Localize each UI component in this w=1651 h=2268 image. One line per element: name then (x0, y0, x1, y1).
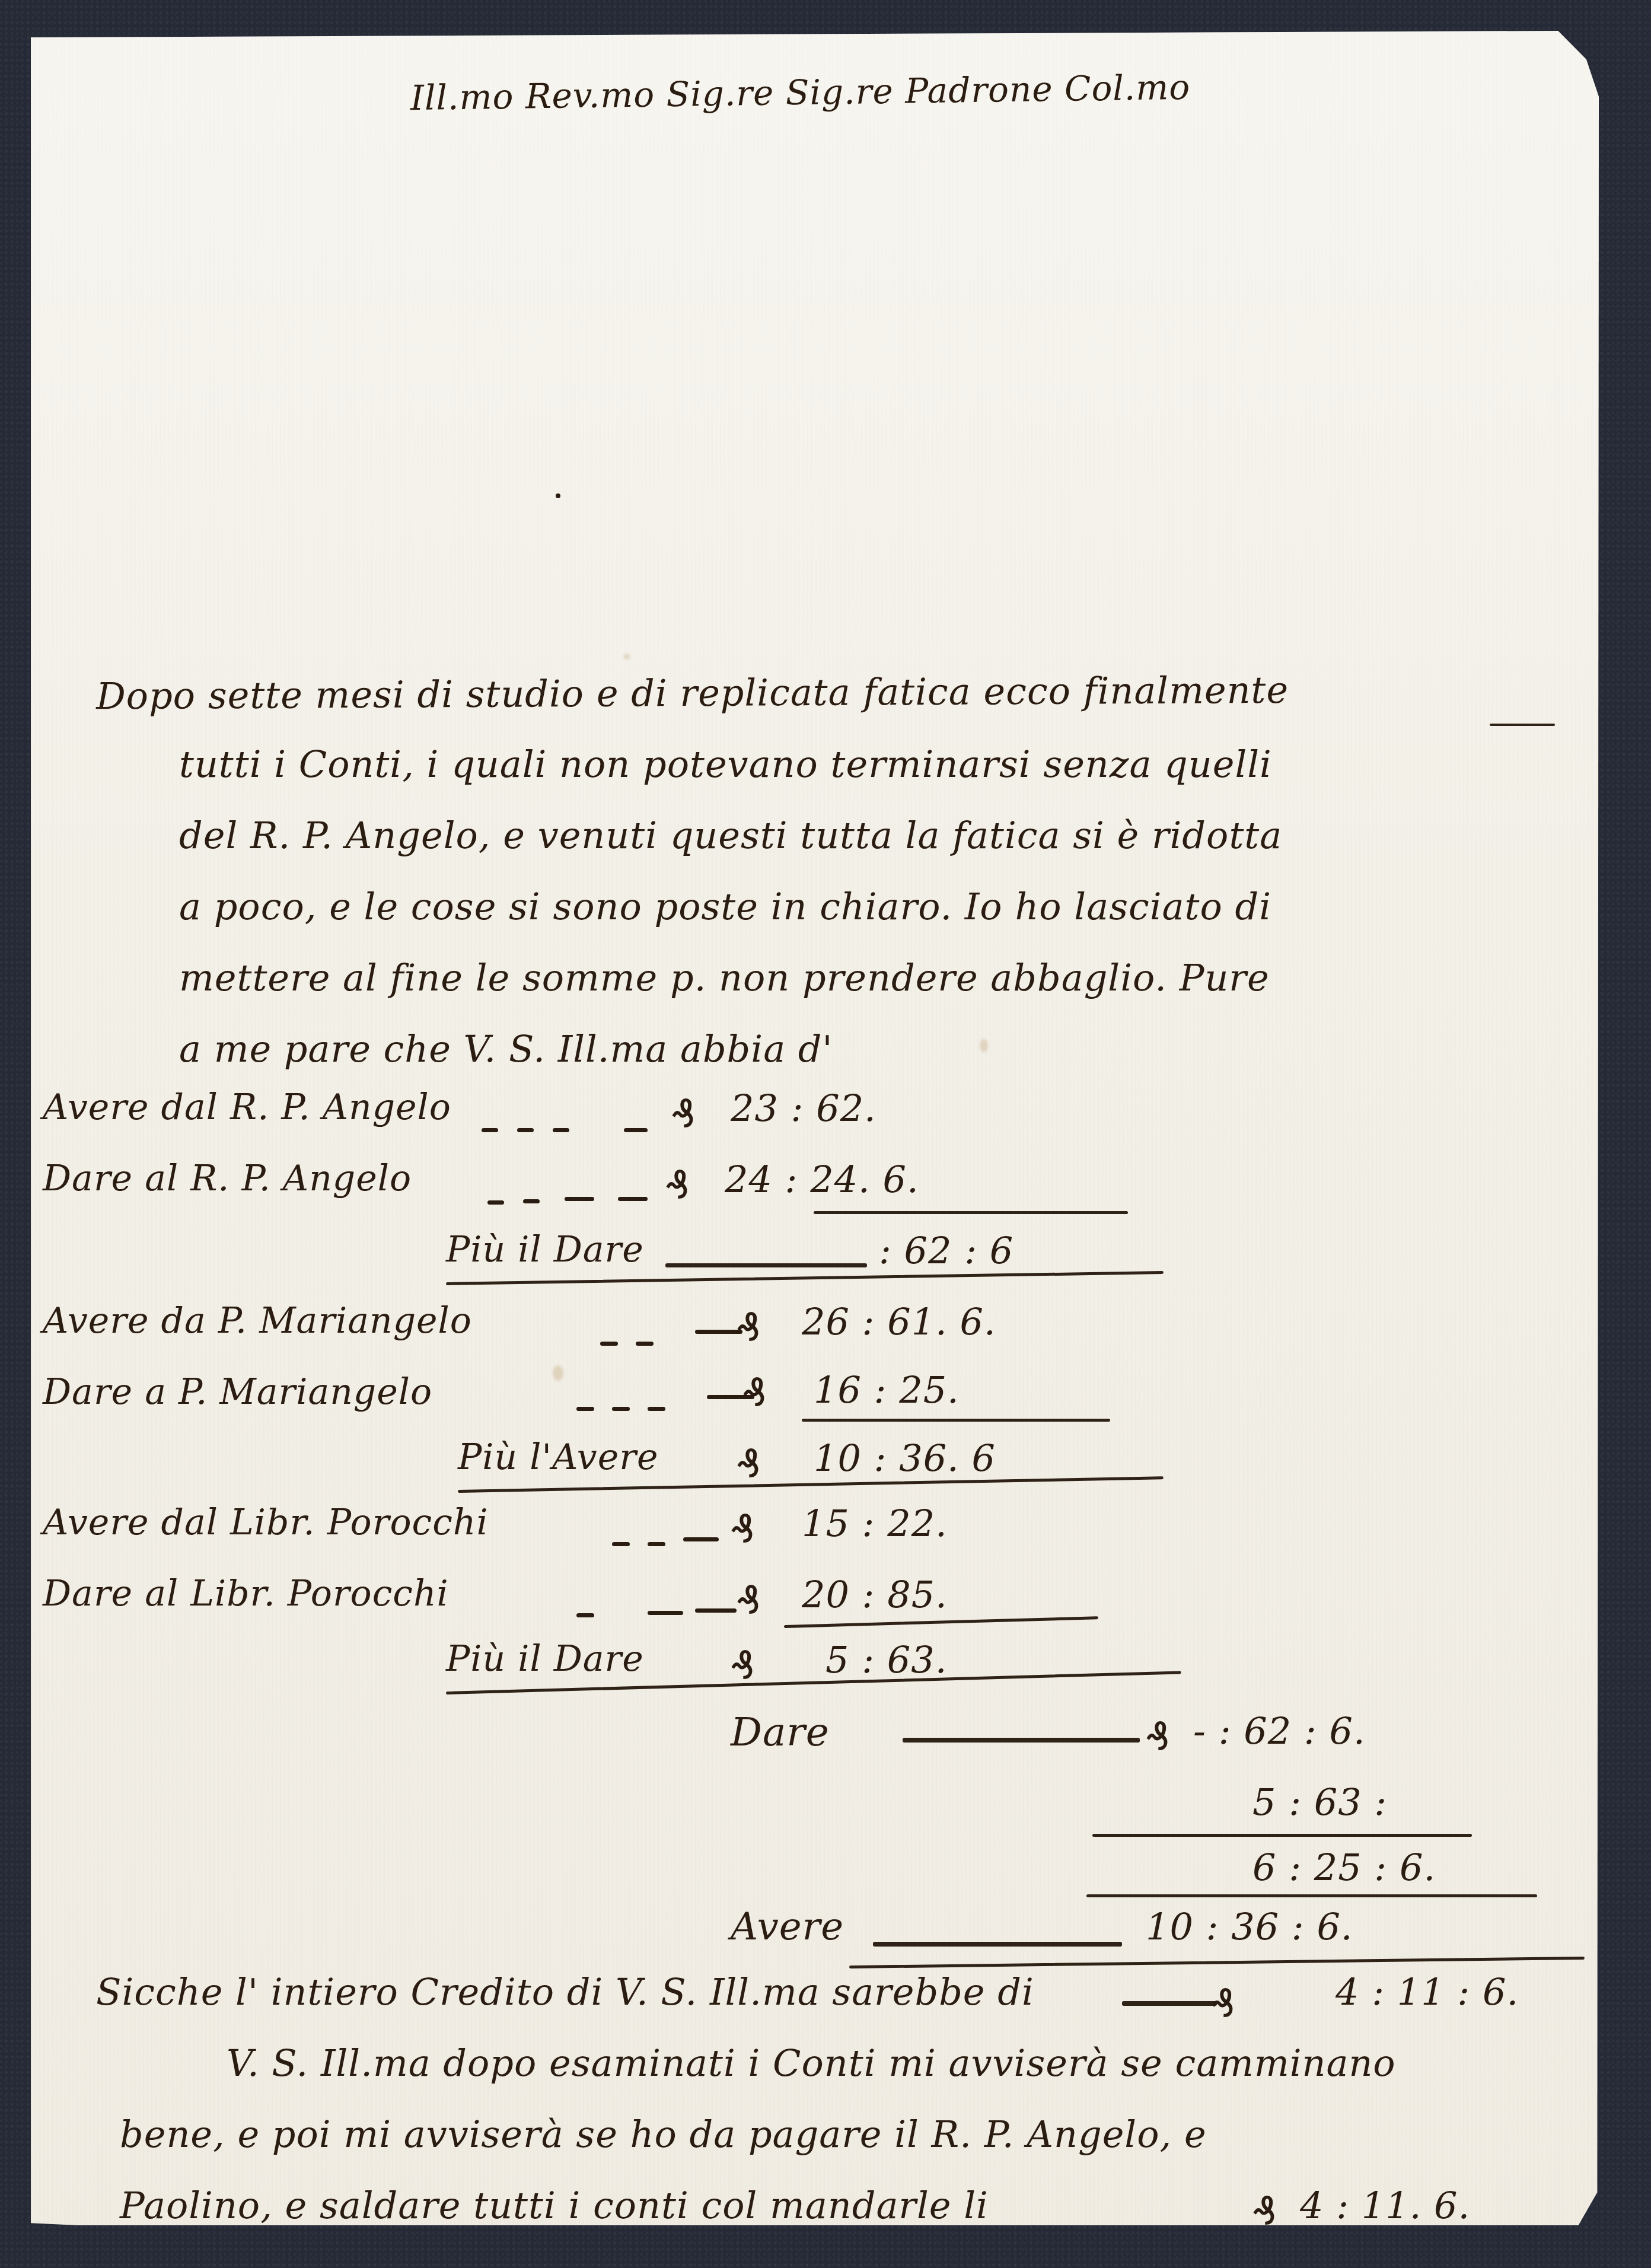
leader-dash (695, 1608, 737, 1613)
sum-underline (1092, 1834, 1472, 1837)
manuscript-page: Ill.mo Rev.mo Sig.re Sig.re Padrone Col.… (31, 31, 1599, 2225)
subtotal-label: Più l'Avere (458, 1436, 658, 1478)
currency-bracket-icon: ₰ (1211, 1982, 1235, 2026)
closing-line-3: bene, e poi mi avviserà se ho da pagare … (120, 2113, 1207, 2156)
leader-dash (648, 1407, 665, 1411)
foxing-stain (624, 654, 630, 660)
currency-bracket-icon: ₰ (737, 1579, 761, 1623)
subtotal-amount: : 62 : 6 (879, 1229, 1013, 1272)
account-label: Avere dal R. P. Angelo (43, 1087, 451, 1128)
leader-line (665, 1263, 867, 1267)
bleed-through-text (1039, 624, 1050, 662)
leader-line (1122, 2001, 1217, 2006)
leader-dash (695, 1330, 742, 1334)
body-line-1: Dopo sette mesi di studio e di replicata… (96, 668, 1289, 718)
avere-amount: 10 : 36 : 6. (1146, 1905, 1353, 1948)
subtotal-amount: 10 : 36. 6 (814, 1436, 996, 1480)
leader-dash (648, 1611, 683, 1615)
account-amount: 15 : 22. (802, 1502, 948, 1545)
leader-line (903, 1738, 1140, 1743)
salutation: Ill.mo Rev.mo Sig.re Sig.re Padrone Col.… (410, 67, 1191, 118)
final-amount: 4 : 11. 6. (1300, 2184, 1470, 2227)
leader-dash (576, 1407, 594, 1411)
leader-dash (612, 1542, 630, 1546)
account-label: Avere dal Libr. Porocchi (43, 1502, 489, 1543)
body-line-3: del R. P. Angelo, e venuti questi tutta … (179, 814, 1282, 857)
sum-underline (814, 1211, 1128, 1214)
account-amount: 26 : 61. 6. (802, 1300, 996, 1343)
leader-dash (576, 1613, 594, 1617)
body-line-2: tutti i Conti, i quali non potevano term… (179, 743, 1272, 786)
leader-dash (600, 1342, 618, 1346)
leader-dash (636, 1342, 654, 1346)
avere-label: Avere (731, 1905, 844, 1949)
body-line-6: a me pare che V. S. Ill.ma abbia d' (179, 1027, 833, 1071)
foxing-stain (980, 1039, 988, 1052)
closing-line-2: V. S. Ill.ma dopo esaminati i Conti mi a… (227, 2041, 1396, 2085)
leader-line (873, 1942, 1122, 1947)
leader-dash (612, 1407, 630, 1411)
currency-bracket-icon: ₰ (1146, 1715, 1170, 1759)
subtotal-label: Più il Dare (446, 1638, 644, 1680)
sum-underline (802, 1419, 1110, 1422)
ink-mark (556, 493, 560, 498)
sum-underline (849, 1957, 1585, 1968)
subtotal-underline (446, 1271, 1164, 1285)
leader-dash (683, 1537, 719, 1541)
leader-dash (553, 1128, 569, 1132)
subtotal-label: Più il Dare (446, 1229, 644, 1270)
credit-total: 4 : 11 : 6. (1336, 1970, 1519, 2014)
subtotal-amount: 5 : 63. (825, 1638, 947, 1681)
closing-line-4: Paolino, e saldare tutti i conti col man… (120, 2184, 989, 2227)
sum-underline (784, 1616, 1098, 1628)
dare-amount-1: - : 62 : 6. (1193, 1709, 1366, 1753)
currency-bracket-icon: ₰ (731, 1644, 755, 1688)
currency-bracket-icon: ₰ (665, 1164, 690, 1208)
account-label: Avere da P. Mariangelo (43, 1300, 472, 1342)
leader-dash (565, 1197, 594, 1201)
body-line-5: mettere al fine le somme p. non prendere… (179, 956, 1270, 999)
dare-label: Dare (731, 1709, 830, 1755)
leader-dash (487, 1200, 504, 1205)
account-label: Dare al R. P. Angelo (43, 1158, 412, 1199)
dare-total: 6 : 25 : 6. (1252, 1846, 1436, 1889)
leader-dash (523, 1199, 540, 1203)
sum-underline (1086, 1894, 1537, 1897)
currency-bracket-icon: ₰ (737, 1306, 761, 1350)
account-label: Dare a P. Mariangelo (43, 1371, 432, 1413)
dare-amount-2: 5 : 63 : (1252, 1780, 1387, 1824)
leader-dash (648, 1542, 665, 1546)
leader-dash (482, 1128, 498, 1132)
leader-dash (517, 1128, 534, 1132)
leader-dash (618, 1197, 648, 1201)
account-amount: 23 : 62. (731, 1087, 877, 1130)
currency-bracket-icon: ₰ (731, 1508, 755, 1552)
foxing-stain (553, 1365, 563, 1381)
leader-dash (624, 1128, 648, 1132)
currency-bracket-icon: ₰ (742, 1371, 767, 1415)
account-amount: 16 : 25. (814, 1368, 960, 1412)
account-amount: 20 : 85. (802, 1573, 948, 1616)
account-amount: 24 : 24. 6. (725, 1158, 919, 1201)
body-line-4: a poco, e le cose si sono poste in chiar… (179, 885, 1271, 928)
closing-line-1: Sicche l' intiero Credito di V. S. Ill.m… (96, 1970, 1034, 2014)
currency-bracket-icon: ₰ (671, 1092, 696, 1136)
subtotal-underline (458, 1476, 1164, 1493)
currency-bracket-icon: ₰ (737, 1442, 761, 1486)
currency-bracket-icon: ₰ (1252, 2190, 1277, 2234)
line-end-flourish (1490, 724, 1555, 726)
account-label: Dare al Libr. Porocchi (43, 1573, 449, 1614)
